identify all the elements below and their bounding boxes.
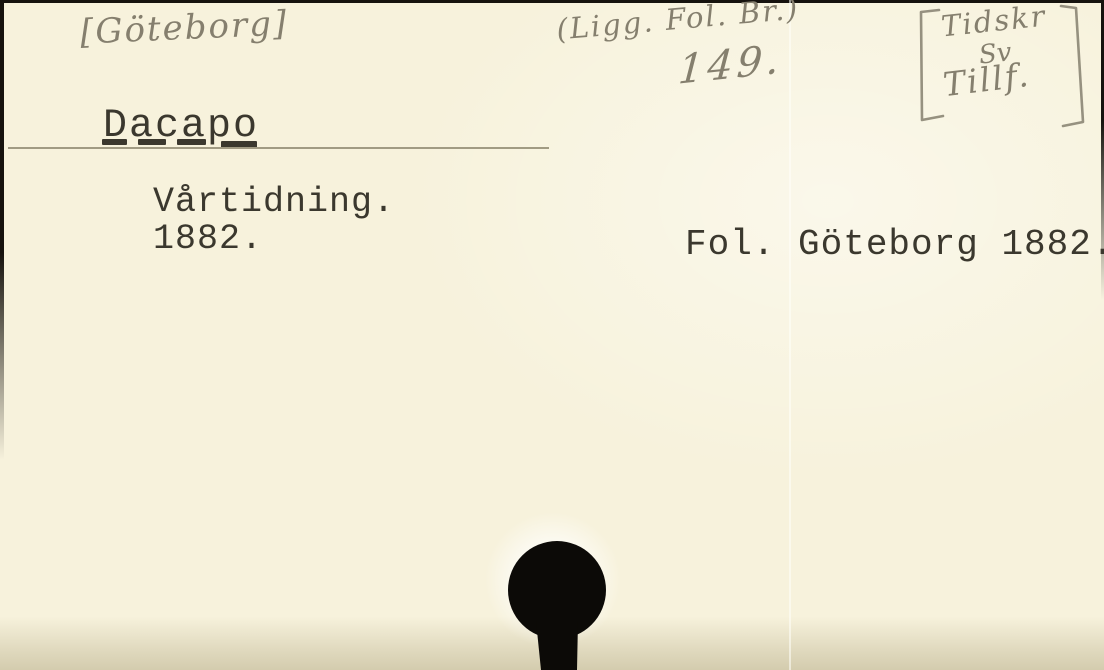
handwritten-bracket-note: Tidskr Sv Tillf. xyxy=(913,2,1093,132)
right-bracket-stroke xyxy=(1061,6,1083,126)
card-body-year-line: 1882. xyxy=(153,219,263,259)
card-body-title-line: Vårtidning. xyxy=(153,182,395,222)
punch-hole-circle xyxy=(508,541,606,639)
heading-underline-dash xyxy=(177,139,206,145)
card-crease xyxy=(789,0,791,670)
heading-underline-dash xyxy=(138,139,166,145)
heading-rule-line xyxy=(8,147,549,149)
handwritten-location-note: [Göteborg] xyxy=(79,3,289,52)
card-imprint-line: Fol. Göteborg 1882. xyxy=(685,224,1104,265)
handwritten-shelf-number: 149. xyxy=(677,36,785,94)
heading-underline-dash xyxy=(102,139,127,145)
left-bracket-stroke xyxy=(921,10,943,120)
punch-hole-halo xyxy=(485,512,621,648)
catalog-card: [Göteborg] (Ligg. Fol. Br.) 149. Tidskr … xyxy=(0,0,1104,670)
scan-edge-left xyxy=(0,0,4,460)
punch-hole-stem xyxy=(536,621,578,670)
